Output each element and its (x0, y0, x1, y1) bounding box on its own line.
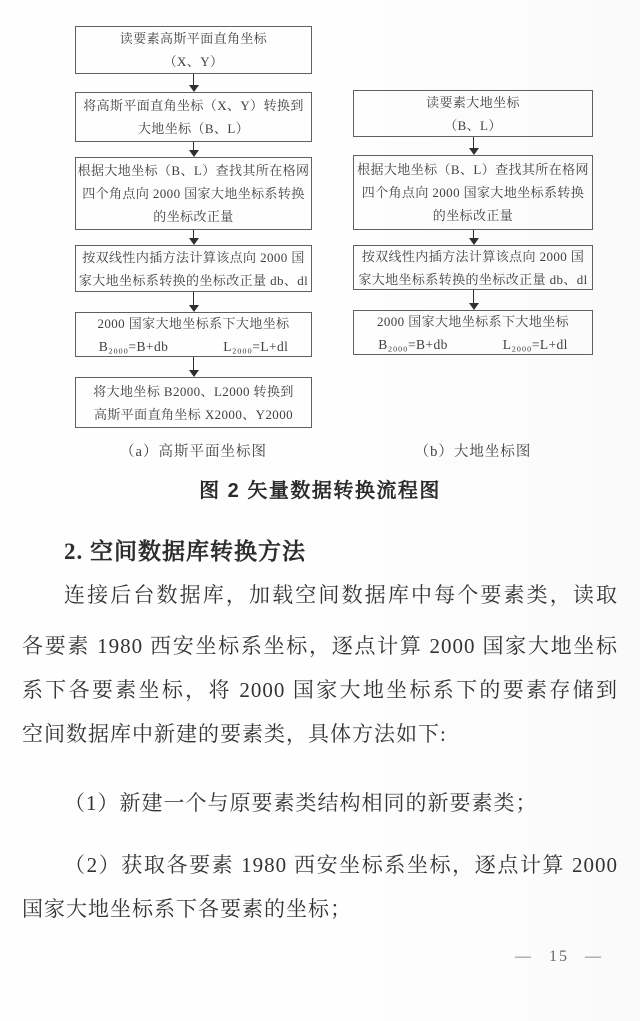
flow-box-line: 将高斯平面直角坐标（X、Y）转换到 (76, 94, 311, 117)
section-heading: 2. 空间数据库转换方法 (64, 533, 306, 566)
list-item-2-line: （2）获取各要素 1980 西安坐标系坐标，逐点计算 2000 (22, 850, 618, 880)
flow-box-line: （X、Y） (76, 50, 311, 73)
flow-box-cgcs2000-geodetic-coords: 2000 国家大地坐标系下大地坐标 B₂₀₀₀=B+db L₂₀₀₀=L+dl (75, 312, 312, 357)
subfigure-caption-a: （a）高斯平面坐标图 (75, 440, 312, 460)
list-item-1: （1）新建一个与原要素类结构相同的新要素类； (22, 788, 618, 818)
figure-caption: 图 2 矢量数据转换流程图 (0, 474, 640, 503)
flow-box-line: 按双线性内插方法计算该点向 2000 国 (354, 245, 592, 268)
document-page: 读要素高斯平面直角坐标 （X、Y） 将高斯平面直角坐标（X、Y）转换到 大地坐标… (0, 0, 640, 1021)
flow-box-convert-back-to-gauss: 将大地坐标 B2000、L2000 转换到 高斯平面直角坐标 X2000、Y20… (75, 377, 312, 428)
flow-arrow-down-icon (468, 290, 479, 310)
paragraph-line: 各要素 1980 西安坐标系坐标，逐点计算 2000 国家大地坐标 (22, 631, 618, 661)
flow-box-line: 2000 国家大地坐标系下大地坐标 (76, 312, 311, 335)
flow-box-line: 四个角点向 2000 国家大地坐标系转换 (76, 182, 311, 205)
flow-box-line: （B、L） (354, 114, 592, 137)
flow-box-line: 按双线性内插方法计算该点向 2000 国 (76, 246, 311, 269)
flow-box-bilinear-interpolation: 按双线性内插方法计算该点向 2000 国 家大地坐标系转换的坐标改正量 db、d… (75, 245, 312, 292)
flow-box-line: 读要素大地坐标 (354, 91, 592, 114)
formula-row: B₂₀₀₀=B+db L₂₀₀₀=L+dl (354, 333, 592, 356)
formula-l2000: L₂₀₀₀=L+dl (223, 335, 288, 358)
flow-box-cgcs2000-geodetic-coords-b: 2000 国家大地坐标系下大地坐标 B₂₀₀₀=B+db L₂₀₀₀=L+dl (353, 310, 593, 355)
formula-row: B₂₀₀₀=B+db L₂₀₀₀=L+dl (76, 335, 311, 358)
formula-l2000: L₂₀₀₀=L+dl (503, 333, 568, 356)
formula-b2000: B₂₀₀₀=B+db (378, 333, 448, 356)
flow-arrow-down-icon (188, 292, 199, 312)
paragraph-line: 连接后台数据库，加载空间数据库中每个要素类，读取 (22, 580, 618, 610)
flow-box-line: 根据大地坐标（B、L）查找其所在格网 (76, 159, 311, 182)
flow-box-bilinear-interpolation-b: 按双线性内插方法计算该点向 2000 国 家大地坐标系转换的坐标改正量 db、d… (353, 245, 593, 290)
flow-box-line: 家大地坐标系转换的坐标改正量 db、dl (354, 268, 592, 291)
flow-box-line: 大地坐标（B、L） (76, 117, 311, 140)
list-item-2-line: 国家大地坐标系下各要素的坐标； (22, 894, 618, 924)
flow-box-line: 将大地坐标 B2000、L2000 转换到 (76, 380, 311, 403)
formula-b2000: B₂₀₀₀=B+db (99, 335, 169, 358)
flow-box-line: 根据大地坐标（B、L）查找其所在格网 (354, 158, 592, 181)
flow-arrow-down-icon (188, 142, 199, 157)
flow-box-read-gauss-coords: 读要素高斯平面直角坐标 （X、Y） (75, 26, 312, 74)
page-number: — 15 — (515, 948, 603, 966)
flow-arrow-down-icon (468, 137, 479, 155)
flow-box-convert-to-geodetic: 将高斯平面直角坐标（X、Y）转换到 大地坐标（B、L） (75, 92, 312, 142)
flow-box-line: 2000 国家大地坐标系下大地坐标 (354, 310, 592, 333)
flow-box-lookup-grid-corrections-b: 根据大地坐标（B、L）查找其所在格网 四个角点向 2000 国家大地坐标系转换 … (353, 155, 593, 230)
flow-arrow-down-icon (188, 357, 199, 377)
flow-box-line: 的坐标改正量 (76, 205, 311, 228)
flow-box-line: 高斯平面直角坐标 X2000、Y2000 (76, 403, 311, 426)
flow-box-line: 四个角点向 2000 国家大地坐标系转换 (354, 181, 592, 204)
paragraph-line: 系下各要素坐标，将 2000 国家大地坐标系下的要素存储到 (22, 675, 618, 705)
flow-arrow-down-icon (188, 230, 199, 245)
flow-arrow-down-icon (188, 74, 199, 92)
flow-box-read-geodetic-coords: 读要素大地坐标 （B、L） (353, 90, 593, 137)
flow-box-line: 家大地坐标系转换的坐标改正量 db、dl (76, 269, 311, 292)
subfigure-caption-b: （b）大地坐标图 (353, 440, 593, 460)
flow-box-line: 的坐标改正量 (354, 204, 592, 227)
flow-box-line: 读要素高斯平面直角坐标 (76, 27, 311, 50)
paragraph-line: 空间数据库中新建的要素类，具体方法如下: (22, 719, 618, 749)
flow-arrow-down-icon (468, 230, 479, 245)
flow-box-lookup-grid-corrections: 根据大地坐标（B、L）查找其所在格网 四个角点向 2000 国家大地坐标系转换 … (75, 157, 312, 230)
